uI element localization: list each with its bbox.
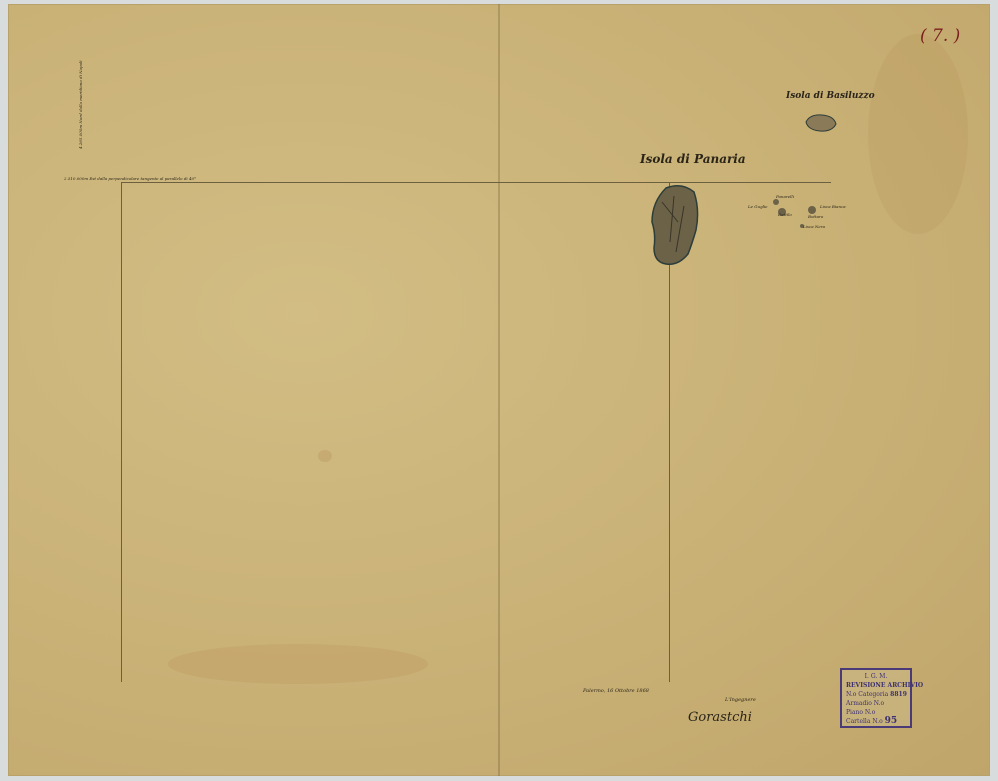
- vertical-axis-label: 4.265.000m Nord dalla meridiana di Napol…: [78, 60, 83, 149]
- archive-stamp: I. G. M. REVISIONE ARCHIVIO N.o Categori…: [840, 668, 912, 728]
- island-name-panaria: Isola di Panaria: [640, 152, 746, 166]
- vertical-grid-line-left: [121, 182, 122, 682]
- horizontal-axis-label: 2.510.000m Est dalla perpendicolare tang…: [64, 176, 196, 181]
- stain: [168, 644, 428, 684]
- place-label: Lisca Nera: [803, 224, 825, 229]
- fold-line: [498, 4, 500, 776]
- horizontal-grid-line: [121, 182, 831, 183]
- island-name-basiluzzo: Isola di Basiluzzo: [786, 91, 875, 101]
- basiluzzo-island-shape: [804, 112, 838, 134]
- stamp-label: Armadio N.o: [846, 700, 884, 707]
- place-label: Dattilo: [778, 212, 792, 217]
- stamp-title: REVISIONE ARCHIVIO: [846, 681, 906, 690]
- stamp-label: Cartella N.o: [846, 718, 883, 725]
- date-line: Palermo, 16 Ottobre 1868: [583, 688, 649, 694]
- engineer-title: L'Ingegnere: [725, 697, 756, 703]
- stain: [318, 450, 332, 462]
- place-label: Lisca Bianca: [820, 204, 846, 209]
- stain: [868, 34, 968, 234]
- stamp-label: Piano N.o: [846, 709, 875, 716]
- signature: Gorastchi: [688, 710, 752, 725]
- place-label: Panarelli: [776, 194, 794, 199]
- stamp-value: 95: [885, 716, 898, 726]
- place-label: Bottaro: [808, 214, 823, 219]
- panaria-island-shape: [648, 182, 708, 272]
- stamp-header: I. G. M.: [846, 672, 906, 681]
- map-sheet: 2.510.000m Est dalla perpendicolare tang…: [8, 4, 990, 776]
- stamp-label: N.o Categoria: [846, 691, 888, 698]
- place-label: Le Guglie: [748, 204, 768, 209]
- sheet-number: ( 7. ): [920, 26, 960, 46]
- stamp-value: 8819: [890, 691, 907, 698]
